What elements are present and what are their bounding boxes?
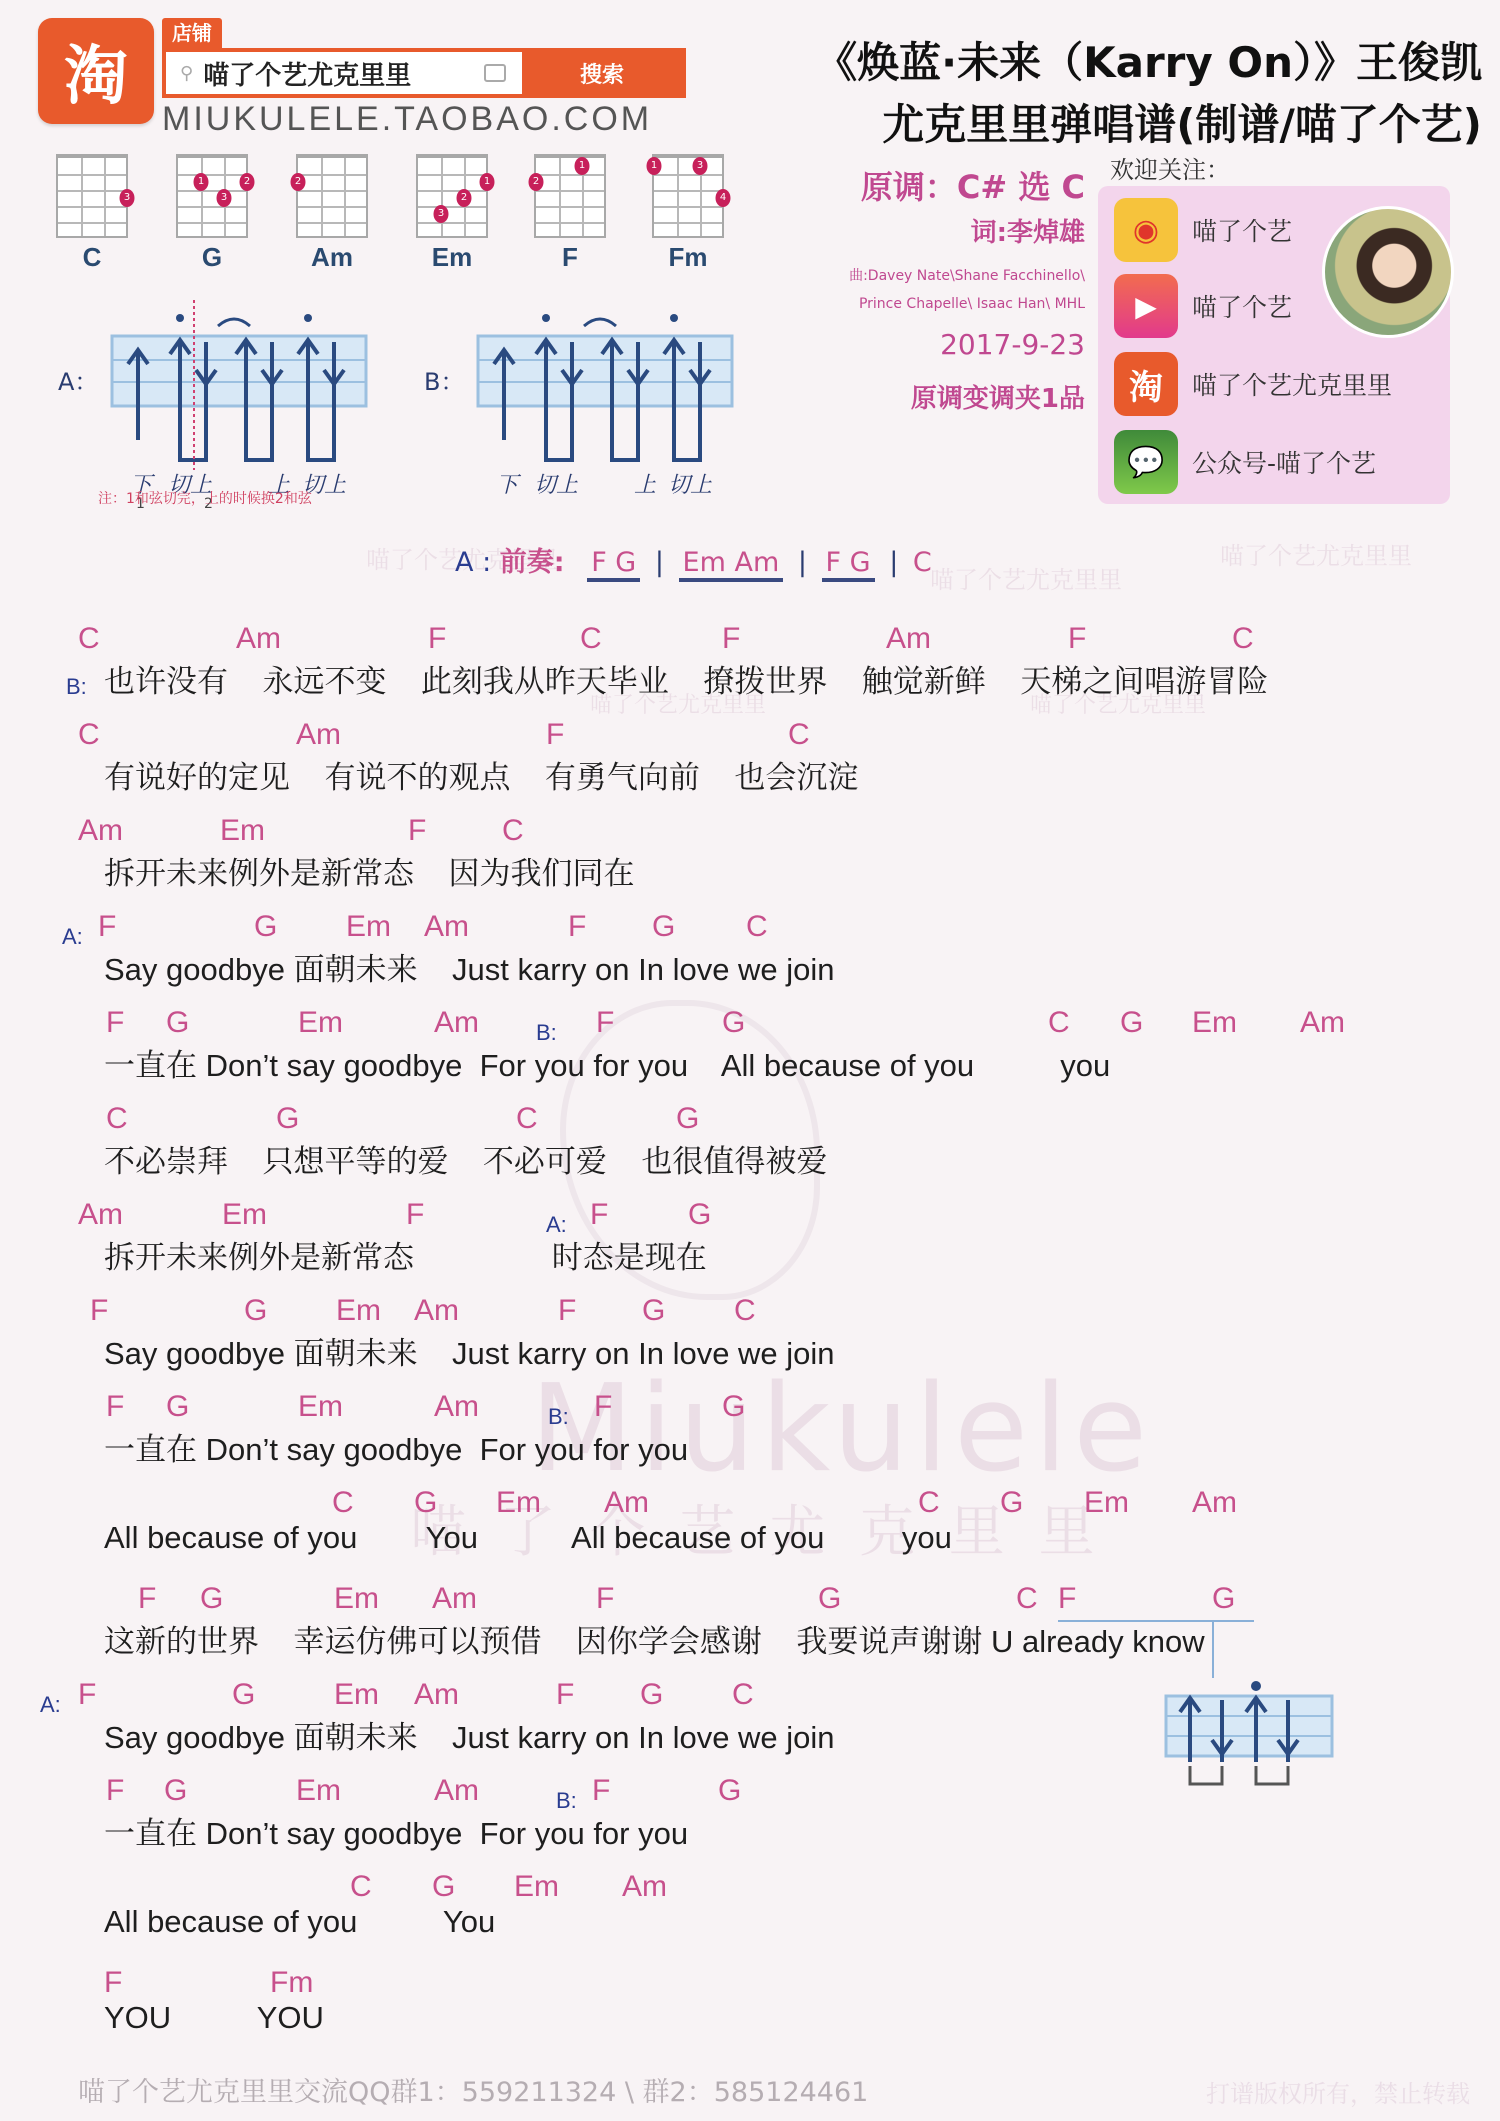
chord-label: F — [596, 1006, 614, 1040]
chord-label: G — [200, 1582, 223, 1616]
finger-dot: 3 — [693, 157, 708, 175]
chord-label: C — [332, 1486, 354, 1520]
chord-label: G — [676, 1102, 699, 1136]
lyric-text: Say goodbye 面朝未来 Just karry on In love w… — [104, 944, 835, 989]
chord-label: Fm — [270, 1966, 313, 2000]
chord-label: F — [106, 1774, 124, 1808]
chord-label: G — [718, 1774, 741, 1808]
finger-dot: 3 — [434, 205, 449, 223]
watermark-text: 喵了个艺尤克里里 — [930, 560, 1122, 595]
chord-label: Am — [434, 1390, 479, 1424]
chord-label: C — [734, 1294, 756, 1328]
chord-label: C — [746, 910, 768, 944]
chord-label: Am — [604, 1486, 649, 1520]
chord-label: Em — [496, 1486, 541, 1520]
chord-label: C — [516, 1102, 538, 1136]
intro-line: A : 前奏: F G | Em Am | F G | C — [455, 540, 932, 582]
chord-label: G — [164, 1774, 187, 1808]
chord-label: C — [1232, 622, 1254, 656]
chord-name: C — [56, 242, 128, 273]
finger-dot: 1 — [480, 173, 495, 191]
chord-label: Em — [222, 1198, 267, 1232]
chord-name: Fm — [652, 242, 724, 273]
follow-item-wechat: 💬 公众号-喵了个艺 — [1114, 430, 1376, 494]
chord-label: Am — [886, 622, 931, 656]
chord-label: F — [546, 718, 564, 752]
lyric-line: FGEmAmFGCSay goodbye 面朝未来 Just karry on … — [0, 1294, 1500, 1390]
fretboard-icon: 123 — [176, 154, 248, 238]
lyric-line: FFmYOU YOU — [0, 1966, 1500, 2062]
intro-label: 前奏: — [500, 547, 565, 578]
section-marker: B: — [66, 674, 87, 700]
chord-label: G — [1000, 1486, 1023, 1520]
strum-word: 上 — [634, 468, 656, 499]
chord-label: C — [1016, 1582, 1038, 1616]
lyric-text: 一直在 Don’t say goodbye For you for you Al… — [104, 1040, 1110, 1085]
chord-label: Am — [432, 1582, 477, 1616]
chord-label: G — [722, 1006, 745, 1040]
chord-label: F — [106, 1006, 124, 1040]
chord-label: F — [596, 1582, 614, 1616]
chord-label: Em — [336, 1294, 381, 1328]
chord-label: Em — [220, 814, 265, 848]
chord-name: Am — [296, 242, 368, 273]
fretboard-icon: 3 — [56, 154, 128, 238]
lyric-text: 拆开未来例外是新常态 时态是现在 — [104, 1232, 707, 1277]
capo-note: 原调变调夹1品 — [911, 378, 1085, 415]
follow-panel: ◉ 喵了个艺 ▶ 喵了个艺 淘 喵了个艺尤克里里 💬 公众号-喵了个艺 — [1098, 186, 1450, 504]
chord-diagram: 2Am — [296, 154, 368, 273]
follow-item-label: 喵了个艺尤克里里 — [1192, 366, 1392, 402]
chord-label: Am — [424, 910, 469, 944]
lyric-text: All because of you You — [104, 1904, 495, 1940]
chord-label: G — [1120, 1006, 1143, 1040]
lyric-text: All because of you You All because of yo… — [104, 1520, 952, 1556]
intro-bar: F G — [587, 547, 640, 582]
fretboard-icon: 12 — [534, 154, 606, 238]
lyric-line: CGCG不必崇拜 只想平等的爱 不必可爱 也很值得被爱 — [0, 1102, 1500, 1198]
chord-label: G — [244, 1294, 267, 1328]
avatar — [1322, 206, 1454, 338]
strum-note: 注：1和弦切完，上的时候换2和弦 — [98, 488, 312, 508]
follow-item-video: ▶ 喵了个艺 — [1114, 274, 1292, 338]
chord-label: C — [502, 814, 524, 848]
finger-dot: 1 — [575, 157, 590, 175]
fretboard-icon: 2 — [296, 154, 368, 238]
strum-a-arrows-icon — [58, 300, 378, 470]
chord-label: C — [580, 622, 602, 656]
fretboard-icon: 134 — [652, 154, 724, 238]
shop-search-bar: ⚲ 喵了个艺尤克里里 搜索 — [162, 48, 686, 98]
finger-dot: 3 — [217, 189, 232, 207]
chord-label: C — [788, 718, 810, 752]
chord-label: C — [732, 1678, 754, 1712]
chord-label: Em — [298, 1390, 343, 1424]
footer-rights: 打谱版权所有，禁止转载 — [1206, 2074, 1470, 2109]
weibo-icon: ◉ — [1114, 198, 1178, 262]
chord-label: F — [594, 1390, 612, 1424]
chord-diagram: 123Em — [416, 154, 488, 273]
chord-label: G — [640, 1678, 663, 1712]
chord-label: Am — [414, 1678, 459, 1712]
song-title: 《焕蓝·未来（Karry On）》王俊凯 — [815, 30, 1482, 90]
chord-label: F — [104, 1966, 122, 2000]
lyric-text: 不必崇拜 只想平等的爱 不必可爱 也很值得被爱 — [104, 1136, 827, 1181]
chord-name: G — [176, 242, 248, 273]
lyric-line: A:FGEmAmFGCSay goodbye 面朝未来 Just karry o… — [0, 910, 1500, 1006]
chord-label: F — [1068, 622, 1086, 656]
lyric-line: CAmFC有说好的定见 有说不的观点 有勇气向前 也会沉淀 — [0, 718, 1500, 814]
intro-bar: F G — [822, 547, 875, 582]
chord-label: F — [406, 1198, 424, 1232]
chord-label: F — [98, 910, 116, 944]
chord-label: G — [254, 910, 277, 944]
chord-label: Em — [334, 1582, 379, 1616]
chord-diagram: 123G — [176, 154, 248, 273]
shop-search-button: 搜索 — [522, 52, 682, 94]
composer-line-1: 曲:Davey Nate\Shane Facchinello\ — [849, 265, 1085, 285]
chord-label: Am — [78, 814, 123, 848]
intro-bar: Em Am — [679, 547, 784, 582]
lyric-line: CGEmAmCGEmAmAll because of you You All b… — [0, 1486, 1500, 1582]
chord-label: F — [138, 1582, 156, 1616]
chord-label: C — [78, 718, 100, 752]
chord-label: F — [428, 622, 446, 656]
follow-item-label: 公众号-喵了个艺 — [1192, 444, 1376, 480]
chord-name: F — [534, 242, 606, 273]
chord-label: G — [652, 910, 675, 944]
chord-label: G — [414, 1486, 437, 1520]
camera-icon — [484, 64, 506, 82]
chord-label: Am — [622, 1870, 667, 1904]
lyric-text: Say goodbye 面朝未来 Just karry on In love w… — [104, 1712, 835, 1757]
search-icon: ⚲ — [180, 63, 193, 84]
original-key: 原调：C# 选 C — [861, 162, 1085, 208]
wechat-icon: 💬 — [1114, 430, 1178, 494]
chord-label: F — [106, 1390, 124, 1424]
chord-label: G — [818, 1582, 841, 1616]
chord-name: Em — [416, 242, 488, 273]
chord-label: G — [688, 1198, 711, 1232]
lyric-line: B:FGEmAmFG一直在 Don’t say goodbye For you … — [0, 1390, 1500, 1486]
chord-label: F — [722, 622, 740, 656]
lyric-line: B:FGEmAmFGCGEmAm一直在 Don’t say goodbye Fo… — [0, 1006, 1500, 1102]
chord-label: F — [590, 1198, 608, 1232]
chord-label: Am — [1300, 1006, 1345, 1040]
finger-dot: 1 — [647, 157, 662, 175]
chord-label: F — [78, 1678, 96, 1712]
chord-label: G — [642, 1294, 665, 1328]
chord-label: G — [432, 1870, 455, 1904]
chord-label: F — [408, 814, 426, 848]
chord-label: Am — [236, 622, 281, 656]
chord-label: C — [1048, 1006, 1070, 1040]
chord-label: G — [276, 1102, 299, 1136]
chord-label: Em — [298, 1006, 343, 1040]
lyric-text: Say goodbye 面朝未来 Just karry on In love w… — [104, 1328, 835, 1373]
watermark-text: 喵了个艺尤克里里 — [1220, 536, 1412, 571]
finger-dot: 4 — [716, 189, 731, 207]
chord-label: F — [568, 910, 586, 944]
taobao-logo-icon: 淘 — [38, 18, 154, 124]
shop-url: MIUKULELE.TAOBAO.COM — [162, 100, 652, 139]
follow-item-taobao: 淘 喵了个艺尤克里里 — [1114, 352, 1392, 416]
chord-diagram: 134Fm — [652, 154, 724, 273]
chord-label: Am — [434, 1774, 479, 1808]
chord-label: Em — [296, 1774, 341, 1808]
tie-line — [1058, 1620, 1254, 1622]
chord-label: Em — [1084, 1486, 1129, 1520]
chord-label: F — [1058, 1582, 1076, 1616]
chord-label: Am — [78, 1198, 123, 1232]
lyric-line: B:CAmFCFAmFC也许没有 永远不变 此刻我从昨天毕业 撩拨世界 触觉新鲜… — [0, 622, 1500, 718]
chord-label: Em — [346, 910, 391, 944]
chord-label: G — [166, 1390, 189, 1424]
footer-qq-groups: 喵了个艺尤克里里交流QQ群1：559211324 \ 群2：585124461 — [78, 2070, 868, 2109]
strum-word: 下 — [496, 468, 518, 499]
follow-item-label: 喵了个艺 — [1192, 288, 1292, 324]
shop-search-value: 喵了个艺尤克里里 — [203, 55, 411, 92]
strum-mini-icon — [1160, 1676, 1340, 1796]
lyric-text: 拆开未来例外是新常态 因为我们同在 — [104, 848, 634, 893]
lyric-text: 这新的世界 幸运仿佛可以预借 因你学会感谢 我要说声谢谢 U already k… — [104, 1616, 1205, 1661]
chord-label: C — [106, 1102, 128, 1136]
tie-line — [1212, 1622, 1214, 1678]
lyric-line: CGEmAmAll because of you You — [0, 1870, 1500, 1966]
chord-label: Em — [1192, 1006, 1237, 1040]
section-marker: A — [455, 547, 473, 578]
video-icon: ▶ — [1114, 274, 1178, 338]
chord-label: G — [166, 1006, 189, 1040]
chord-label: Em — [334, 1678, 379, 1712]
lyric-text: 一直在 Don’t say goodbye For you for you — [104, 1424, 688, 1469]
follow-item-weibo: ◉ 喵了个艺 — [1114, 198, 1292, 262]
composer-line-2: Prince Chapelle\ Isaac Han\ MHL — [859, 296, 1085, 312]
finger-dot: 2 — [457, 189, 472, 207]
chord-label: C — [78, 622, 100, 656]
chord-label: F — [592, 1774, 610, 1808]
strum-b-arrows-icon — [424, 300, 744, 470]
intro-bar: C — [913, 547, 932, 578]
lyric-text: 有说好的定见 有说不的观点 有勇气向前 也会沉淀 — [104, 752, 858, 797]
lyric-line: AmEmFC拆开未来例外是新常态 因为我们同在 — [0, 814, 1500, 910]
chord-label: Am — [1192, 1486, 1237, 1520]
chord-label: C — [918, 1486, 940, 1520]
date: 2017-9-23 — [940, 328, 1085, 361]
finger-dot: 1 — [194, 173, 209, 191]
chord-diagram: 12F — [534, 154, 606, 273]
section-marker: A: — [40, 1692, 61, 1718]
lyric-line: A:AmEmFFG拆开未来例外是新常态 时态是现在 — [0, 1198, 1500, 1294]
lyricist: 词:李焯雄 — [971, 212, 1085, 249]
finger-dot: 2 — [529, 173, 544, 191]
section-marker: A: — [62, 924, 83, 950]
chord-label: C — [350, 1870, 372, 1904]
lyric-line: FGEmAmFGCFG这新的世界 幸运仿佛可以预借 因你学会感谢 我要说声谢谢 … — [0, 1582, 1500, 1678]
strum-word: 切上 — [534, 468, 578, 499]
chord-label: Em — [514, 1870, 559, 1904]
finger-dot: 2 — [240, 173, 255, 191]
fretboard-icon: 123 — [416, 154, 488, 238]
chord-label: F — [90, 1294, 108, 1328]
finger-dot: 2 — [291, 173, 306, 191]
shop-tag: 店铺 — [162, 18, 222, 48]
chord-label: G — [722, 1390, 745, 1424]
sheet-subtitle: 尤克里里弹唱谱(制谱/喵了个艺) — [882, 92, 1482, 152]
chord-label: Am — [296, 718, 341, 752]
finger-dot: 3 — [120, 189, 135, 207]
lyric-text: 一直在 Don’t say goodbye For you for you — [104, 1808, 688, 1853]
chord-label: F — [556, 1678, 574, 1712]
strum-word: 切上 — [668, 468, 712, 499]
lyric-text: 也许没有 永远不变 此刻我从昨天毕业 撩拨世界 触觉新鲜 天梯之间唱游冒险 — [104, 656, 1268, 701]
chord-label: G — [1212, 1582, 1235, 1616]
chord-diagram: 3C — [56, 154, 128, 273]
shop-search-field: ⚲ 喵了个艺尤克里里 — [166, 52, 522, 94]
chord-label: F — [558, 1294, 576, 1328]
chord-label: Am — [414, 1294, 459, 1328]
lyric-text: YOU YOU — [104, 2000, 324, 2036]
taobao-icon: 淘 — [1114, 352, 1178, 416]
follow-title: 欢迎关注： — [1110, 150, 1230, 185]
chord-label: G — [232, 1678, 255, 1712]
chord-label: Am — [434, 1006, 479, 1040]
follow-item-label: 喵了个艺 — [1192, 212, 1292, 248]
